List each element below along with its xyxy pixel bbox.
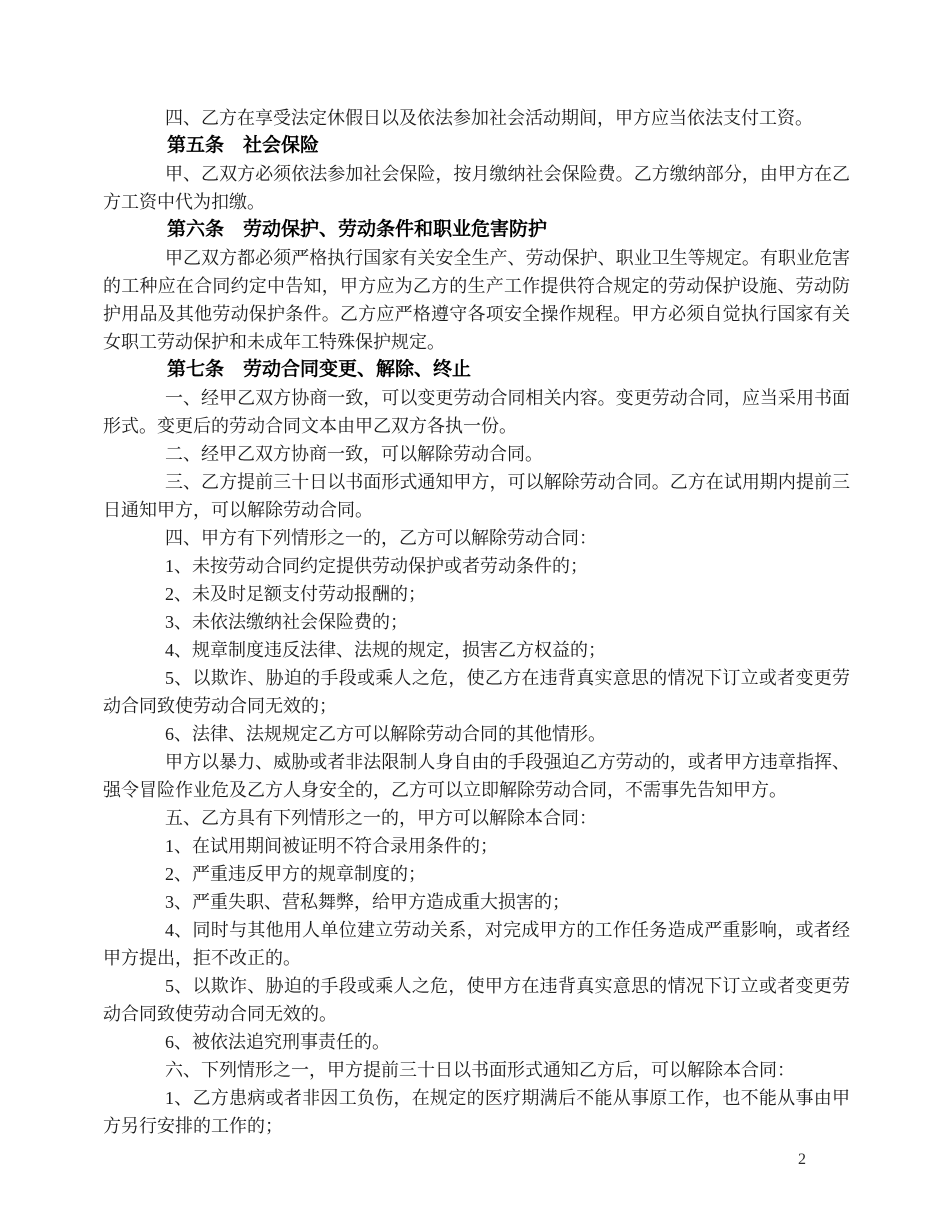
contract-paragraph: 4、同时与其他用人单位建立劳动关系，对完成甲方的工作任务造成严重影响，或者经甲方…	[103, 916, 850, 972]
page-number: 2	[798, 1150, 822, 1170]
contract-paragraph: 5、以欺诈、胁迫的手段或乘人之危，使甲方在违背真实意思的情况下订立或者变更劳动合…	[103, 972, 850, 1028]
contract-body: 四、乙方在享受法定休假日以及依法参加社会活动期间，甲方应当依法支付工资。第五条 …	[103, 104, 850, 1140]
contract-paragraph: 甲乙双方都必须严格执行国家有关安全生产、劳动保护、职业卫生等规定。有职业危害的工…	[103, 244, 850, 356]
contract-paragraph: 1、未按劳动合同约定提供劳动保护或者劳动条件的；	[103, 552, 850, 580]
contract-paragraph: 四、甲方有下列情形之一的，乙方可以解除劳动合同：	[103, 524, 850, 552]
contract-paragraph: 六、下列情形之一，甲方提前三十日以书面形式通知乙方后，可以解除本合同：	[103, 1056, 850, 1084]
contract-paragraph: 二、经甲乙双方协商一致，可以解除劳动合同。	[103, 440, 850, 468]
contract-paragraph: 3、未依法缴纳社会保险费的；	[103, 608, 850, 636]
contract-paragraph: 1、在试用期间被证明不符合录用条件的；	[103, 832, 850, 860]
section-heading: 第七条 劳动合同变更、解除、终止	[103, 356, 850, 384]
contract-paragraph: 一、经甲乙双方协商一致，可以变更劳动合同相关内容。变更劳动合同，应当采用书面形式…	[103, 384, 850, 440]
contract-paragraph: 3、严重失职、营私舞弊，给甲方造成重大损害的；	[103, 888, 850, 916]
contract-paragraph: 三、乙方提前三十日以书面形式通知甲方，可以解除劳动合同。乙方在试用期内提前三日通…	[103, 468, 850, 524]
section-heading: 第五条 社会保险	[103, 132, 850, 160]
section-heading: 第六条 劳动保护、劳动条件和职业危害防护	[103, 216, 850, 244]
contract-paragraph: 四、乙方在享受法定休假日以及依法参加社会活动期间，甲方应当依法支付工资。	[103, 104, 850, 132]
contract-paragraph: 2、未及时足额支付劳动报酬的；	[103, 580, 850, 608]
contract-paragraph: 6、法律、法规规定乙方可以解除劳动合同的其他情形。	[103, 720, 850, 748]
contract-paragraph: 2、严重违反甲方的规章制度的；	[103, 860, 850, 888]
contract-paragraph: 1、乙方患病或者非因工负伤，在规定的医疗期满后不能从事原工作，也不能从事由甲方另…	[103, 1084, 850, 1140]
contract-paragraph: 五、乙方具有下列情形之一的，甲方可以解除本合同：	[103, 804, 850, 832]
contract-paragraph: 甲方以暴力、威胁或者非法限制人身自由的手段强迫乙方劳动的，或者甲方违章指挥、强令…	[103, 748, 850, 804]
contract-paragraph: 5、以欺诈、胁迫的手段或乘人之危，使乙方在违背真实意思的情况下订立或者变更劳动合…	[103, 664, 850, 720]
contract-paragraph: 6、被依法追究刑事责任的。	[103, 1028, 850, 1056]
contract-paragraph: 4、规章制度违反法律、法规的规定，损害乙方权益的；	[103, 636, 850, 664]
document-page: 四、乙方在享受法定休假日以及依法参加社会活动期间，甲方应当依法支付工资。第五条 …	[0, 0, 950, 1230]
contract-paragraph: 甲、乙双方必须依法参加社会保险，按月缴纳社会保险费。乙方缴纳部分，由甲方在乙方工…	[103, 160, 850, 216]
